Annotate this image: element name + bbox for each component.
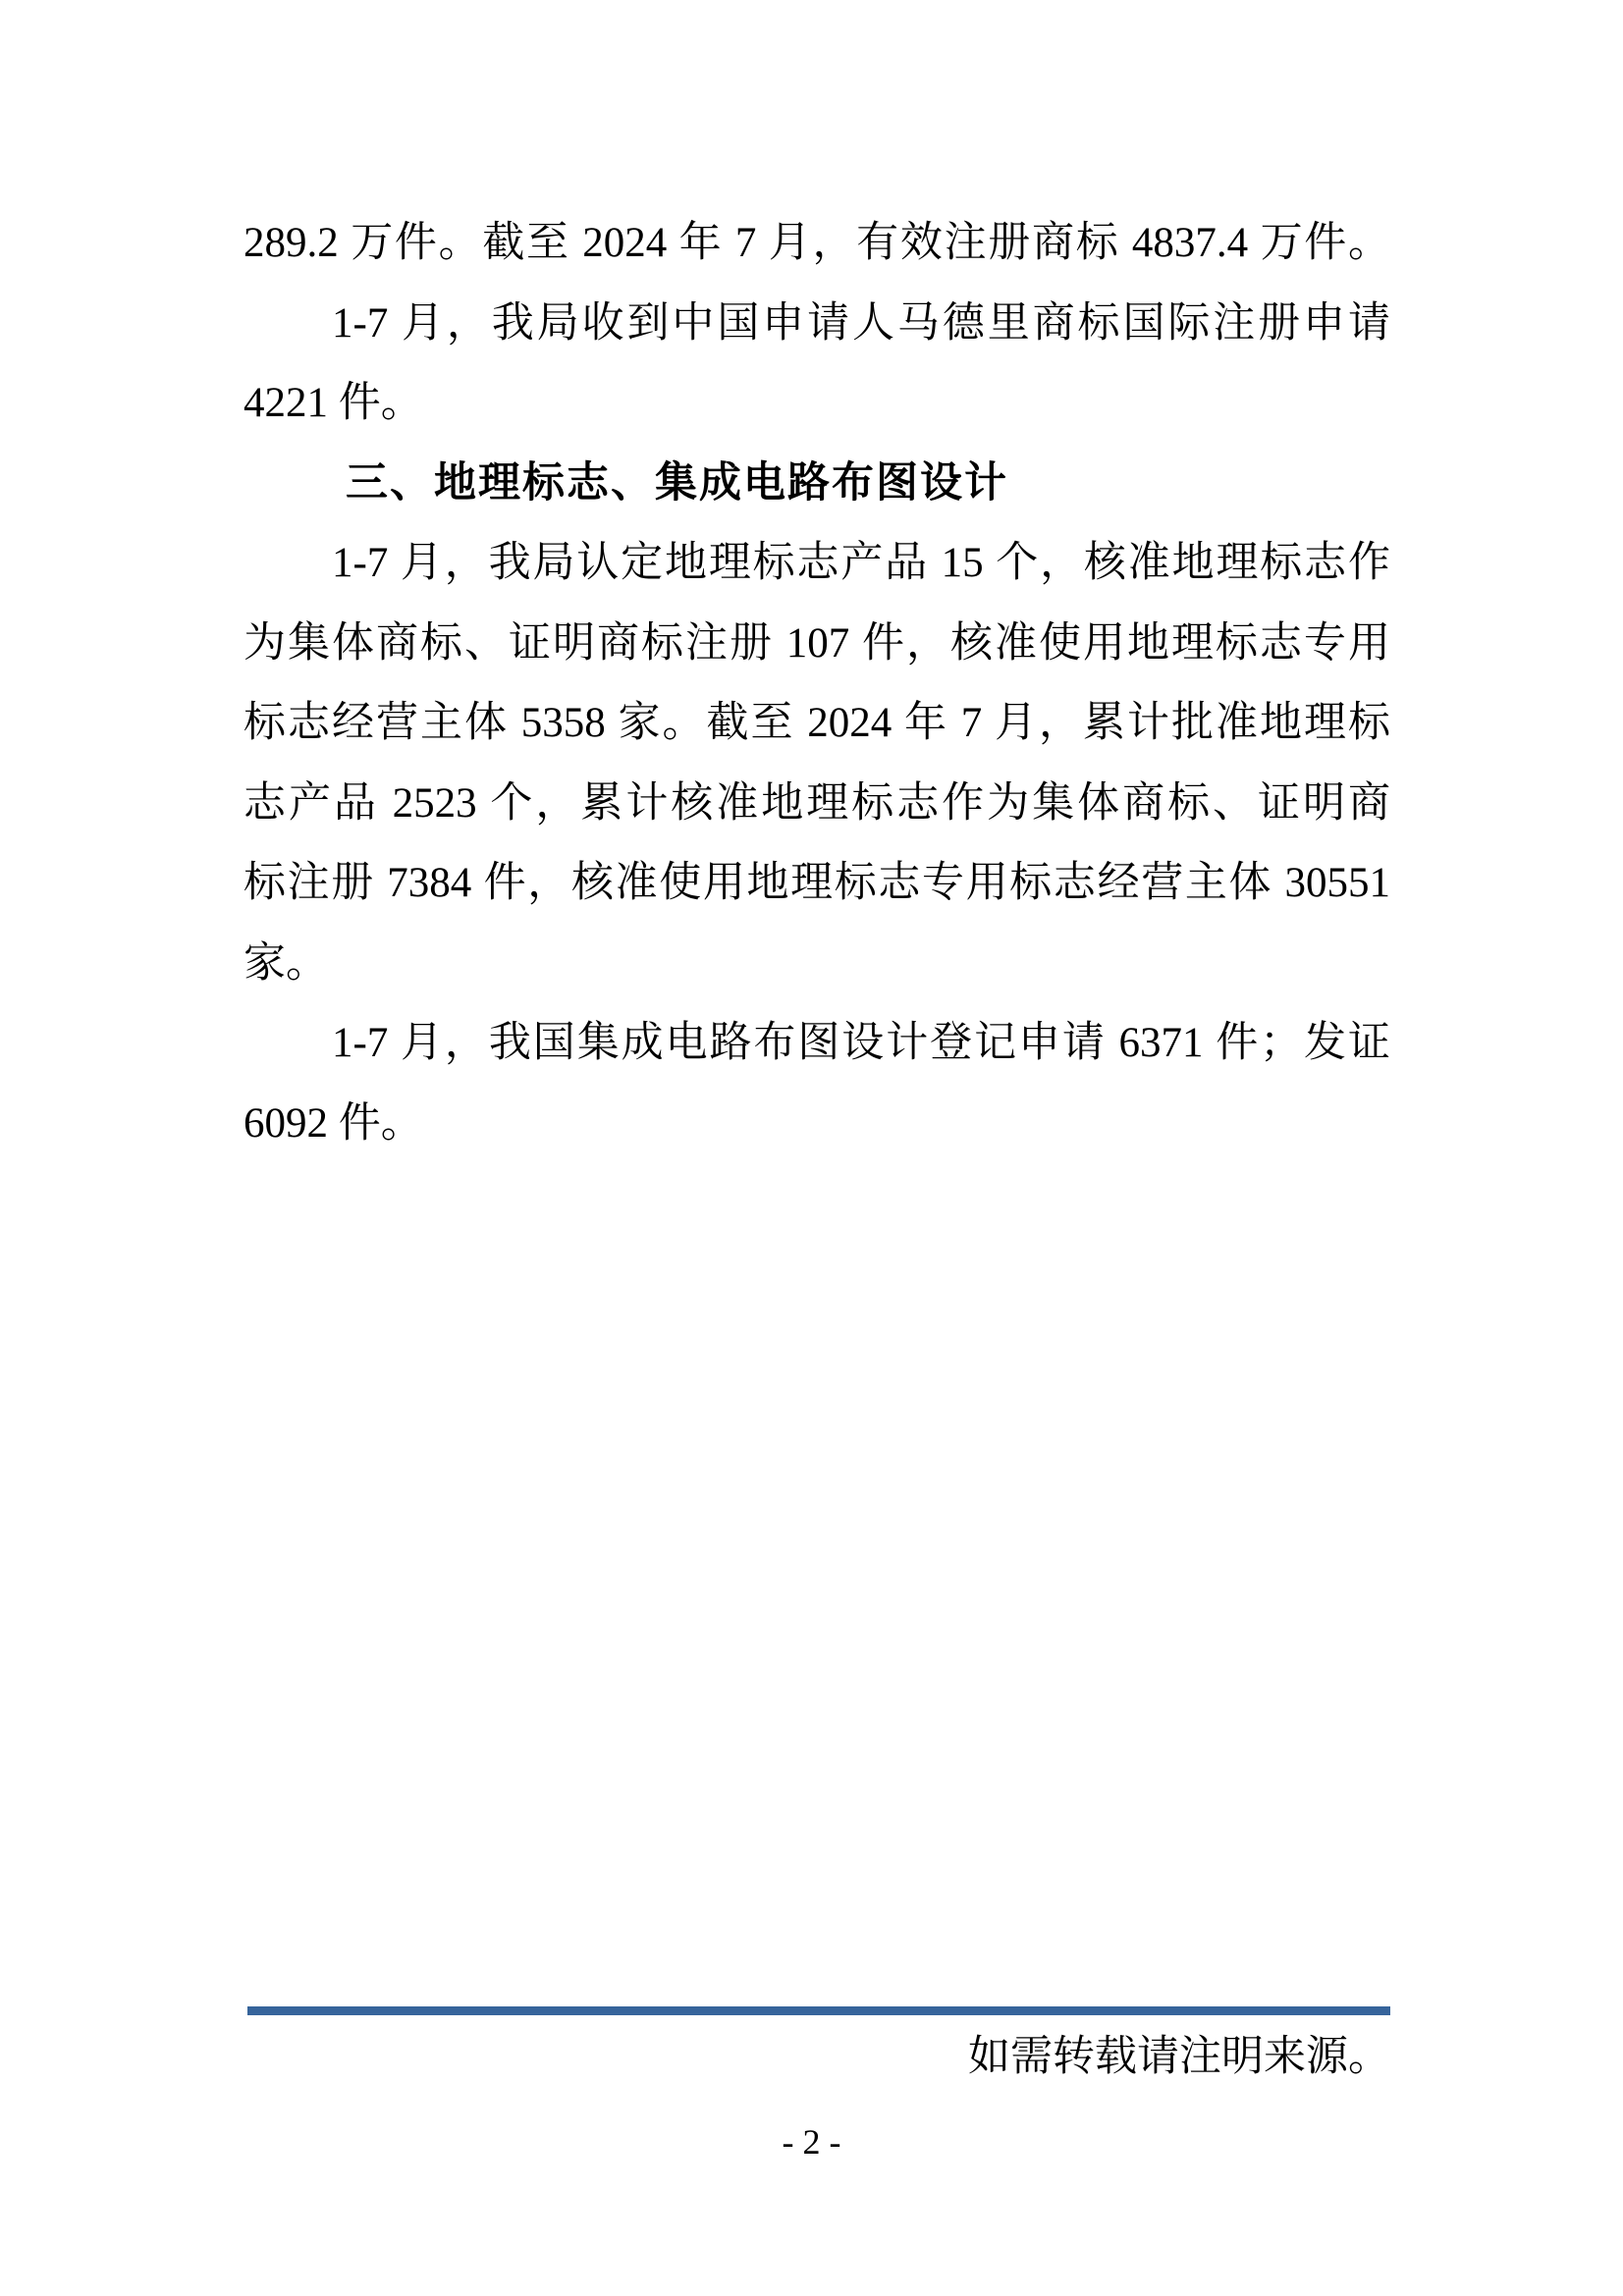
footer-divider bbox=[247, 2006, 1390, 2015]
body-line: 4221 件。 bbox=[243, 363, 1390, 444]
body-text-block: 289.2 万件。截至 2024 年 7 月，有效注册商标 4837.4 万件。… bbox=[243, 203, 1390, 1163]
body-line: 1-7 月，我局收到中国申请人马德里商标国际注册申请 bbox=[243, 284, 1390, 364]
document-page: 289.2 万件。截至 2024 年 7 月，有效注册商标 4837.4 万件。… bbox=[0, 0, 1623, 2296]
body-line: 289.2 万件。截至 2024 年 7 月，有效注册商标 4837.4 万件。 bbox=[243, 203, 1390, 284]
body-line: 6092 件。 bbox=[243, 1084, 1390, 1164]
body-line: 1-7 月，我国集成电路布图设计登记申请 6371 件；发证 bbox=[243, 1003, 1390, 1084]
section-heading: 三、地理标志、集成电路布图设计 bbox=[243, 444, 1390, 524]
body-line: 标注册 7384 件，核准使用地理标志专用标志经营主体 30551 bbox=[243, 843, 1390, 924]
body-line: 志产品 2523 个，累计核准地理标志作为集体商标、证明商 bbox=[243, 764, 1390, 844]
body-line: 1-7 月，我局认定地理标志产品 15 个，核准地理标志作 bbox=[243, 523, 1390, 604]
body-line: 家。 bbox=[243, 924, 1390, 1004]
footer-note: 如需转载请注明来源。 bbox=[243, 2030, 1390, 2085]
body-line: 标志经营主体 5358 家。截至 2024 年 7 月，累计批准地理标 bbox=[243, 683, 1390, 764]
body-line: 为集体商标、证明商标注册 107 件，核准使用地理标志专用 bbox=[243, 604, 1390, 684]
page-number: - 2 - bbox=[0, 2120, 1623, 2163]
